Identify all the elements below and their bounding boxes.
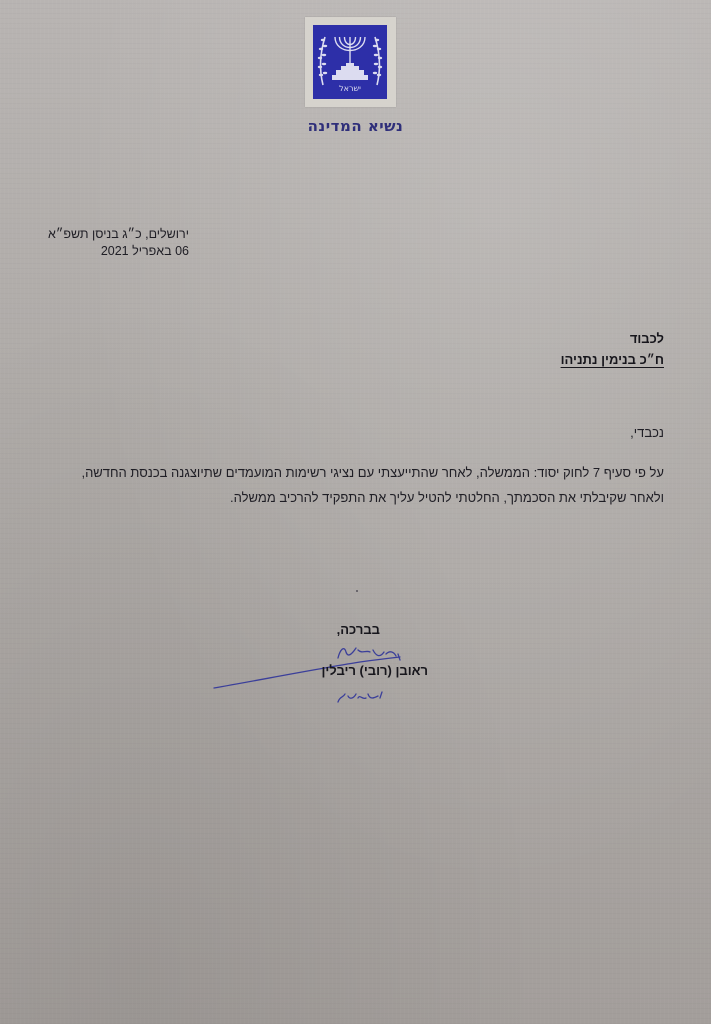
date-block: ירושלים, כ״ג בניסן תשפ״א 06 באפריל 2021 — [48, 226, 189, 260]
recipient-block: לכבוד ח״כ בנימין נתניהו — [561, 328, 664, 370]
emblem-caption: ישראל — [339, 84, 361, 93]
hebrew-date: ירושלים, כ״ג בניסן תשפ״א — [48, 226, 189, 243]
body-line: ולאחר שקיבלתי את הסכמתך, החלטתי להטיל על… — [25, 485, 664, 510]
letter-body: על פי סעיף 7 לחוק יסוד: הממשלה, לאחר שהת… — [25, 460, 664, 510]
salutation: נכבדי, — [630, 425, 664, 440]
recipient-name: ח״כ בנימין נתניהו — [561, 349, 664, 370]
gregorian-date: 06 באפריל 2021 — [48, 243, 189, 260]
office-title: נשיא המדינה — [0, 117, 711, 135]
signer-name: ראובן (רובי) ריבלין — [321, 663, 428, 678]
recipient-honorific: לכבוד — [561, 328, 664, 349]
closing: בברכה, — [337, 622, 380, 637]
emblem-of-israel-icon: ישראל — [313, 25, 387, 99]
letter-page: ישראל נשיא המדינה ירושלים, כ״ג בניסן תשפ… — [0, 0, 711, 1024]
menorah-icon: ישראל — [313, 25, 387, 99]
body-line: על פי סעיף 7 לחוק יסוד: הממשלה, לאחר שהת… — [25, 460, 664, 485]
ink-dot — [356, 590, 358, 592]
